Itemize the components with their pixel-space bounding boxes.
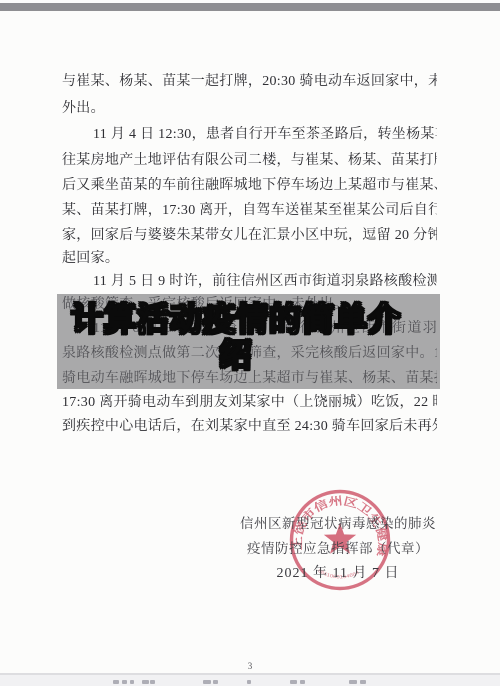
overlay-title-line2: 绍 — [0, 337, 472, 373]
next-page-text-fragment — [213, 680, 218, 684]
next-page-text-fragment — [300, 680, 305, 684]
next-page-text-fragment — [349, 680, 357, 684]
document-text-line: 外出。 — [62, 100, 437, 117]
next-page-text-fragment — [113, 680, 119, 684]
next-page-text-fragment — [290, 680, 297, 684]
next-page-text-fragment — [142, 680, 149, 684]
next-page-text-fragment — [150, 680, 155, 684]
signature-block: 信州区新型冠状病毒感染的肺炎 疫情防控应急指挥部（代章） 2021 年 11 月… — [232, 511, 444, 586]
document-text-line: 某、苗某打牌，17:30 离开，自驾车送崔某至崔某公司后自行回 — [62, 202, 437, 219]
next-page-text-fragment — [247, 680, 251, 684]
next-page-text-fragment — [130, 680, 134, 684]
document-text-line: 17:30 离开骑电动车到朋友刘某家中（上饶丽城）吃饭，22 时接 — [62, 394, 437, 411]
photographed-document-page: 与崔某、杨某、苗某一起打牌，20:30 骑电动车返回家中，未再外出。11 月 4… — [0, 0, 500, 686]
document-text-line: 11 月 4 日 12:30，患者自行开车至茶圣路后，转坐杨某车前 — [93, 126, 437, 143]
issue-date: 2021 年 11 月 7 日 — [232, 561, 444, 586]
page-number: 3 — [243, 661, 257, 671]
next-page-edge-strip — [0, 675, 500, 686]
document-text-line: 后又乘坐苗某的车前往融晖城地下停车场边上某超市与崔某、杨 — [62, 177, 437, 194]
issuer-line1: 信州区新型冠状病毒感染的肺炎 — [232, 511, 444, 536]
next-page-text-fragment — [203, 680, 211, 684]
video-title-overlay: 计算活动疫情的简单介 绍 — [0, 301, 472, 373]
document-text-line: 往某房地产土地评估有限公司二楼，与崔某、杨某、苗某打牌。 — [62, 152, 437, 169]
next-page-text-fragment — [122, 680, 127, 684]
overlay-title-line1: 计算活动疫情的简单介 — [0, 301, 472, 337]
document-text-line: 起回家。 — [62, 250, 437, 267]
scan-edge-bar — [0, 3, 500, 11]
document-text-line: 11 月 5 日 9 时许，前往信州区西市街道羽泉路核酸检测点 — [93, 273, 437, 290]
next-page-text-fragment — [360, 680, 366, 684]
document-text-line: 家，回家后与婆婆朱某带女儿在汇景小区中玩，逗留 20 分钟一 — [62, 227, 437, 244]
issuer-line2: 疫情防控应急指挥部（代章） — [232, 536, 444, 561]
document-text-line: 到疾控中心电话后，在刘某家中直至 24:30 骑车回家后未再外出。 — [62, 418, 437, 435]
document-text-line: 与崔某、杨某、苗某一起打牌，20:30 骑电动车返回家中，未再 — [62, 73, 437, 90]
